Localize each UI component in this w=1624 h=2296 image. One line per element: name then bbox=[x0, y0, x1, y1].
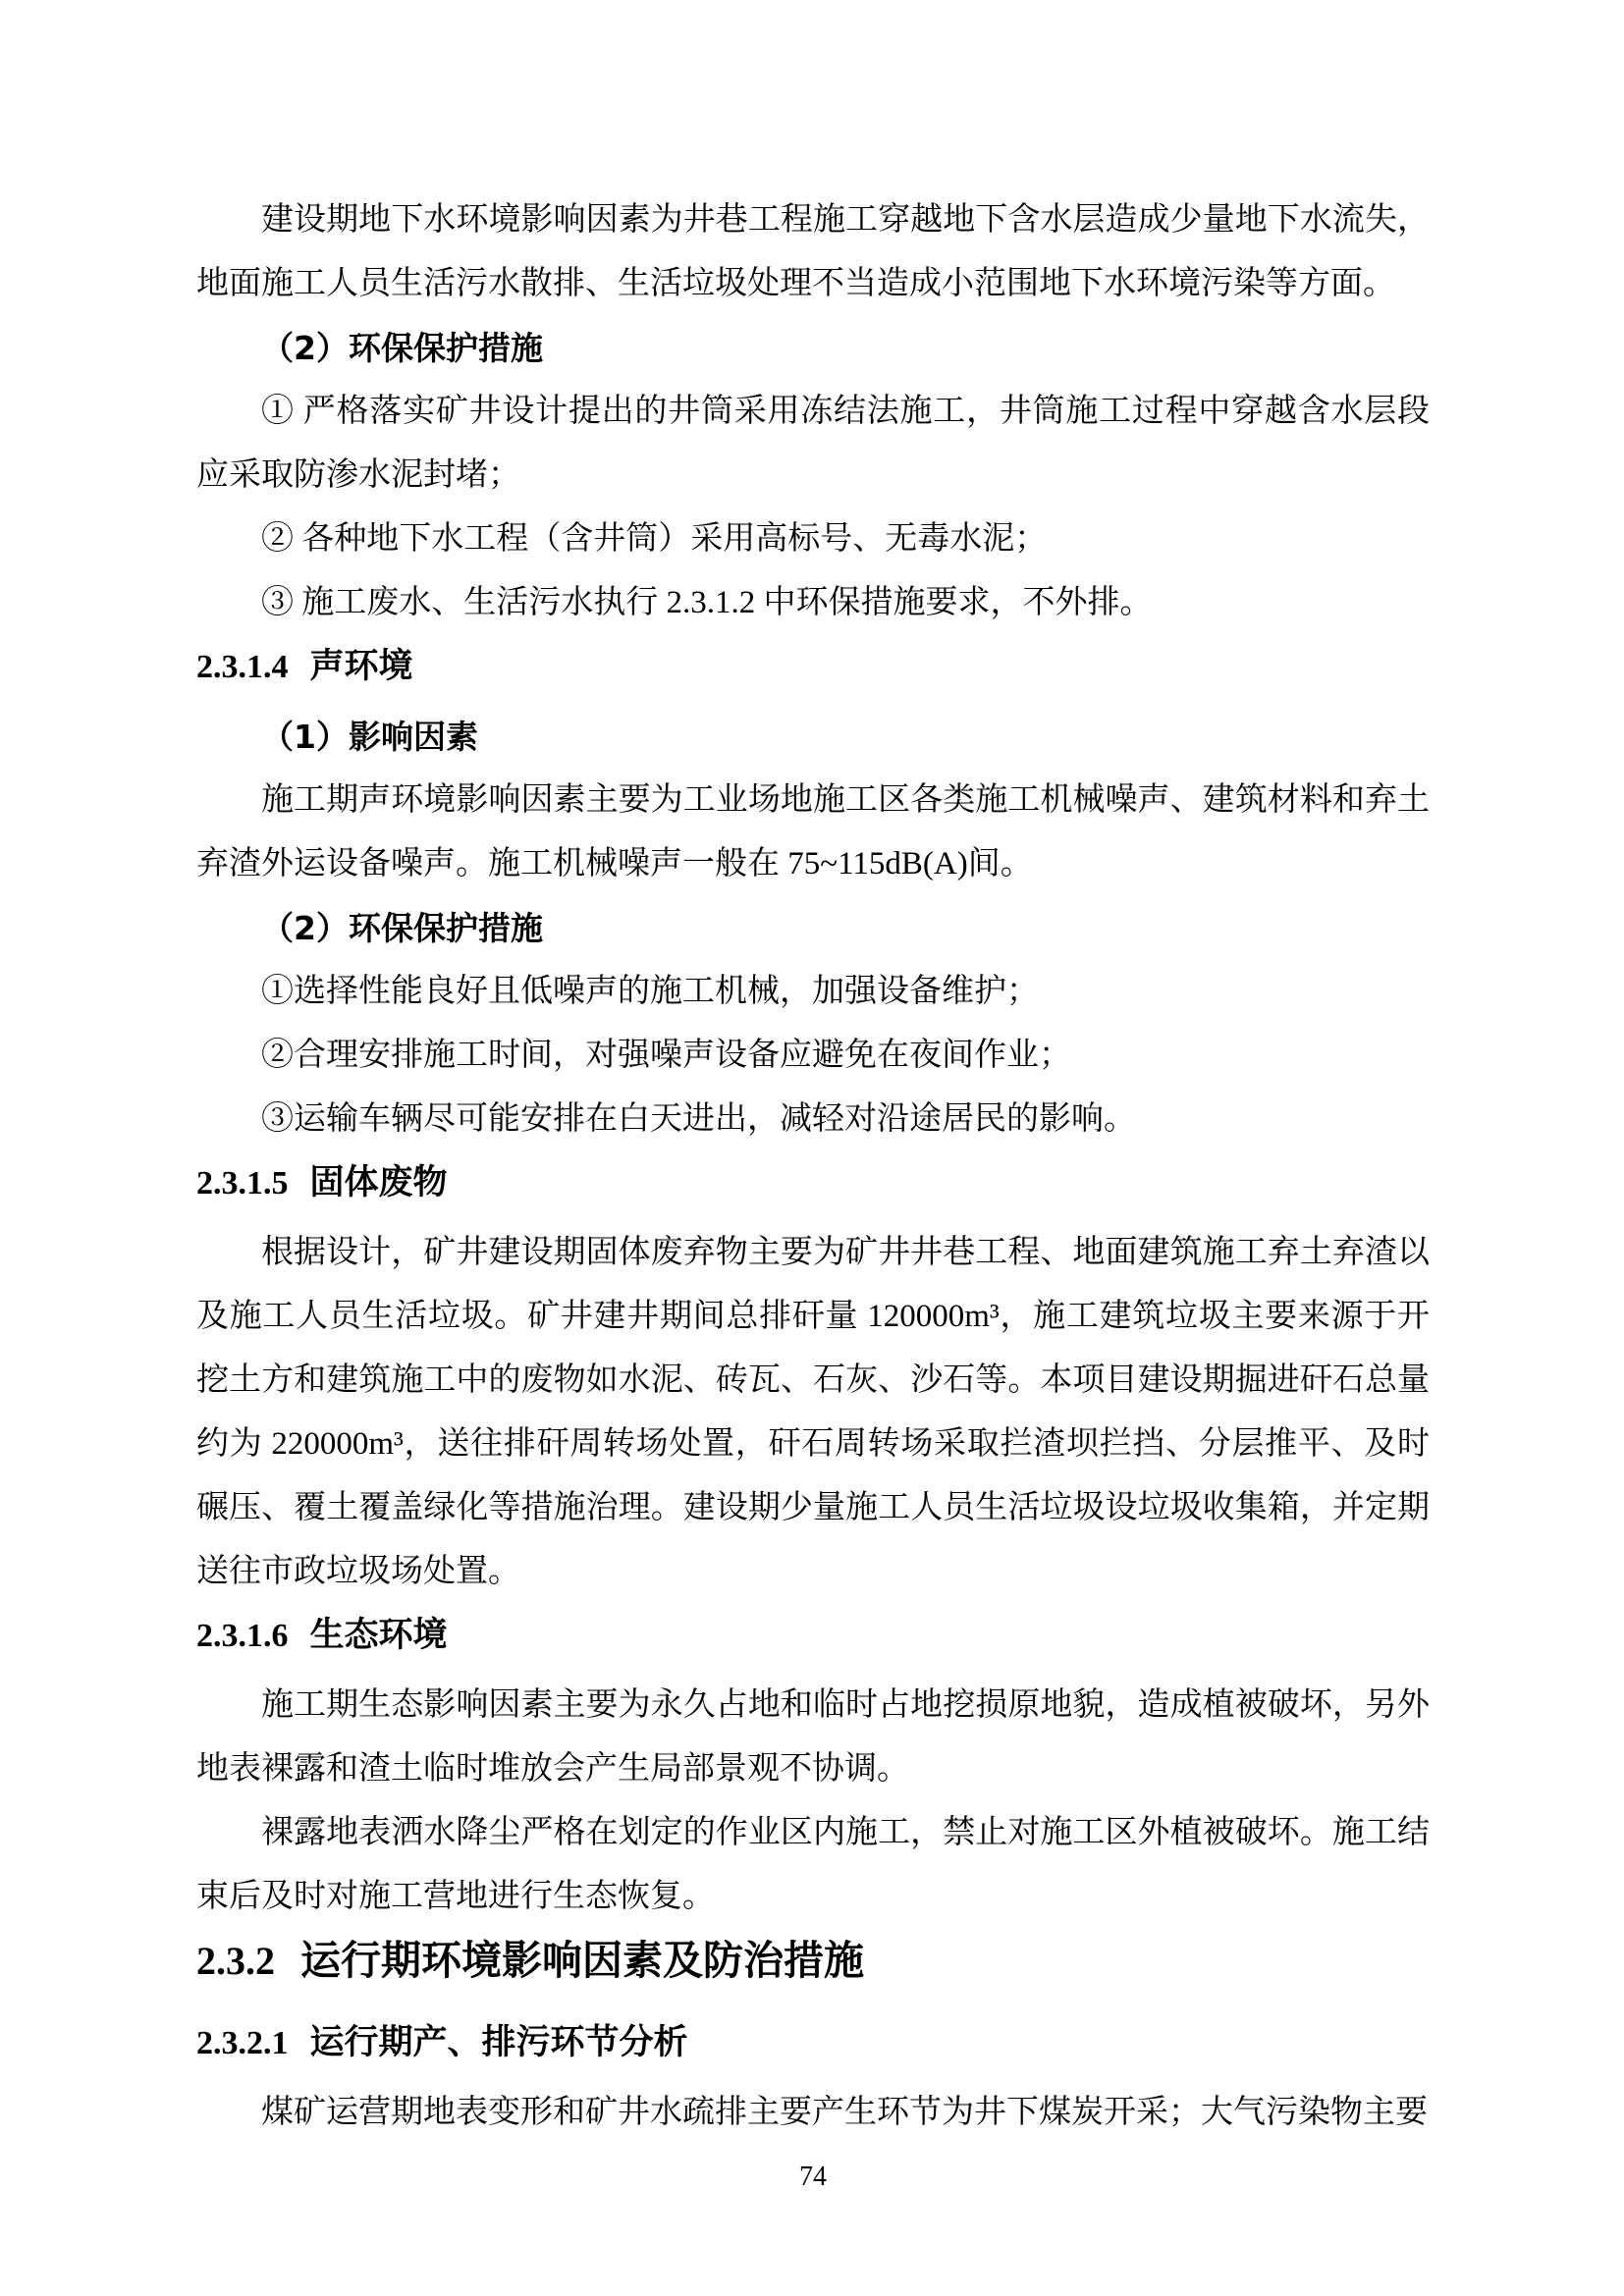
section-number: 2.3.1.4 bbox=[196, 649, 289, 685]
paragraph-noise-sources: 施工期声环境影响因素主要为工业场地施工区各类施工机械噪声、建筑材料和弃土弃渣外运… bbox=[196, 769, 1430, 896]
sub-heading-env-protection-measures-groundwater: （2）环保保护措施 bbox=[196, 316, 1430, 380]
paragraph-noise-measure-3: ③运输车辆尽可能安排在白天进出，减轻对沿途居民的影响。 bbox=[196, 1088, 1430, 1151]
section-title: 固体废物 bbox=[310, 1163, 448, 1202]
paragraph-ecology-measures: 裸露地表洒水降尘严格在划定的作业区内施工，禁止对施工区外植被破坏。施工结束后及时… bbox=[196, 1801, 1430, 1929]
section-title: 运行期产、排污环节分析 bbox=[310, 2023, 688, 2062]
section-title: 生态环境 bbox=[310, 1616, 448, 1655]
paragraph-measure-2-nontoxic-cement: ② 各种地下水工程（含井筒）采用高标号、无毒水泥； bbox=[196, 507, 1430, 571]
section-number: 2.3.2 bbox=[196, 1939, 275, 1983]
section-number: 2.3.1.5 bbox=[196, 1165, 289, 1201]
section-heading-2-3-1-5: 2.3.1.5固体废物 bbox=[196, 1151, 1430, 1221]
section-heading-2-3-1-4: 2.3.1.4声环境 bbox=[196, 635, 1430, 705]
section-number: 2.3.1.6 bbox=[196, 1618, 289, 1654]
page-number: 74 bbox=[196, 2145, 1430, 2209]
section-title: 运行期环境影响因素及防治措施 bbox=[300, 1937, 864, 1984]
paragraph-ecology-impact: 施工期生态影响因素主要为永久占地和临时占地挖损原地貌，造成植被破坏，另外地表裸露… bbox=[196, 1674, 1430, 1801]
paragraph-measure-1-freezing-method: ① 严格落实矿井设计提出的井筒采用冻结法施工，井筒施工过程中穿越含水层段应采取防… bbox=[196, 380, 1430, 507]
section-heading-2-3-1-6: 2.3.1.6生态环境 bbox=[196, 1604, 1430, 1674]
paragraph-solid-waste: 根据设计，矿井建设期固体废弃物主要为矿井井巷工程、地面建筑施工弃土弃渣以及施工人… bbox=[196, 1221, 1430, 1604]
document-page: 建设期地下水环境影响因素为井巷工程施工穿越地下含水层造成少量地下水流失，地面施工… bbox=[0, 0, 1624, 2296]
sub-heading-noise-impact-factors: （1）影响因素 bbox=[196, 705, 1430, 769]
paragraph-groundwater-impact: 建设期地下水环境影响因素为井巷工程施工穿越地下含水层造成少量地下水流失，地面施工… bbox=[196, 188, 1430, 316]
section-heading-2-3-2-1: 2.3.2.1运行期产、排污环节分析 bbox=[196, 2011, 1430, 2081]
paragraph-noise-measure-1: ①选择性能良好且低噪声的施工机械，加强设备维护； bbox=[196, 960, 1430, 1024]
sub-heading-env-protection-measures-noise: （2）环保保护措施 bbox=[196, 896, 1430, 960]
page-content: 建设期地下水环境影响因素为井巷工程施工穿越地下含水层造成少量地下水流失，地面施工… bbox=[196, 188, 1430, 2209]
section-title: 声环境 bbox=[310, 647, 413, 686]
section-heading-2-3-2: 2.3.2运行期环境影响因素及防治措施 bbox=[196, 1929, 1430, 2002]
section-number: 2.3.2.1 bbox=[196, 2025, 289, 2061]
paragraph-measure-3-wastewater: ③ 施工废水、生活污水执行 2.3.1.2 中环保措施要求，不外排。 bbox=[196, 571, 1430, 635]
paragraph-noise-measure-2: ②合理安排施工时间，对强噪声设备应避免在夜间作业； bbox=[196, 1024, 1430, 1088]
paragraph-operation-pollution-links: 煤矿运营期地表变形和矿井水疏排主要产生环节为井下煤炭开采；大气污染物主要 bbox=[196, 2081, 1430, 2145]
